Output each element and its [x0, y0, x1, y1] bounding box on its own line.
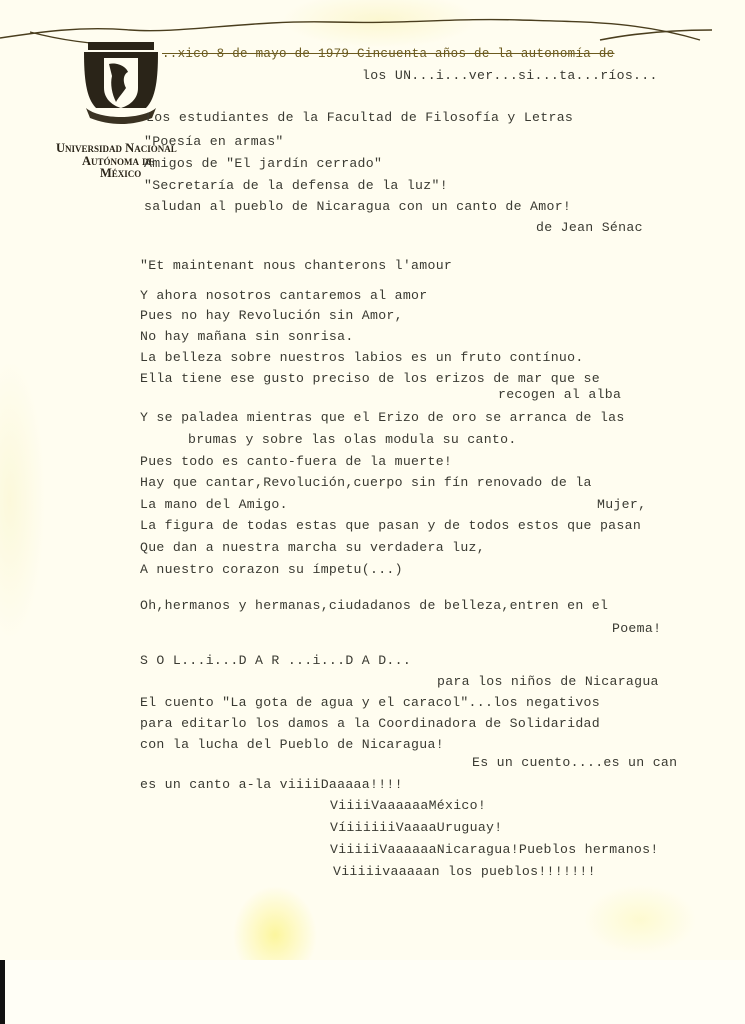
- greeting-line: Amigos de "El jardín cerrado": [144, 156, 382, 172]
- solidarity-line: para editarlo los damos a la Coordinador…: [140, 716, 600, 732]
- poem-line: Y se paladea mientras que el Erizo de or…: [140, 410, 625, 426]
- poem-line: Que dan a nuestra marcha su verdadera lu…: [140, 540, 485, 556]
- poem-line: La belleza sobre nuestros labios es un f…: [140, 350, 584, 366]
- scan-edge: [0, 960, 5, 1024]
- solidarity-aside: Es un cuento....es un can: [472, 755, 677, 771]
- greeting-line: Los estudiantes de la Facultad de Filoso…: [146, 110, 573, 126]
- poem-line: No hay mañana sin sonrisa.: [140, 329, 354, 345]
- cheer-line: ViiiiiVaaaaaaNicaragua!Pueblos hermanos!: [330, 842, 659, 858]
- solidarity-title: S O L...i...D A R ...i...D A D...: [140, 653, 411, 669]
- poem-line: Pues todo es canto-fuera de la muerte!: [140, 454, 452, 470]
- poem-line: La figura de todas estas que pasan y de …: [140, 518, 641, 534]
- solidarity-last-line: es un canto a-la viiiiDaaaaa!!!!: [140, 777, 403, 793]
- poem-line: La mano del Amigo.: [140, 497, 288, 513]
- poem-line: recogen al alba: [498, 387, 621, 403]
- poem-line: brumas y sobre las olas modula su canto.: [188, 432, 517, 448]
- poem-line: A nuestro corazon su ímpetu(...): [140, 562, 403, 578]
- dateline: ..xico 8 de mayo de 1979 Cincuenta años …: [162, 46, 614, 62]
- poem-closing: Oh,hermanos y hermanas,ciudadanos de bel…: [140, 598, 608, 614]
- poem-closing-end: Poema!: [612, 621, 661, 637]
- solidarity-line: El cuento "La gota de agua y el caracol"…: [140, 695, 600, 711]
- cheer-line: Viiiiivaaaaan los pueblos!!!!!!!: [333, 864, 596, 880]
- institution-name-line3: México: [100, 167, 141, 179]
- greeting-line: saludan al pueblo de Nicaragua con un ca…: [144, 199, 571, 215]
- poem-epigraph: "Et maintenant nous chanterons l'amour: [140, 258, 452, 274]
- solidarity-subtitle: para los niños de Nicaragua: [437, 674, 659, 690]
- greeting-line: "Secretaría de la defensa de la luz"!: [144, 178, 448, 194]
- greeting-line: "Poesía en armas": [144, 134, 284, 150]
- cheer-line: VíiiiiiiVaaaaUruguay!: [330, 820, 503, 836]
- cheer-line: ViiiiVaaaaaaMéxico!: [330, 798, 486, 814]
- attribution: de Jean Sénac: [536, 220, 643, 236]
- dateline-continuation: los UN...i...ver...si...ta...ríos...: [362, 68, 658, 84]
- poem-line: Y ahora nosotros cantaremos al amor: [140, 288, 427, 304]
- poem-line: Mujer,: [597, 497, 646, 513]
- poem-line: Pues no hay Revolución sin Amor,: [140, 308, 403, 324]
- poem-line: Ella tiene ese gusto preciso de los eriz…: [140, 371, 600, 387]
- poem-line: Hay que cantar,Revolución,cuerpo sin fín…: [140, 475, 592, 491]
- solidarity-line: con la lucha del Pueblo de Nicaragua!: [140, 737, 444, 753]
